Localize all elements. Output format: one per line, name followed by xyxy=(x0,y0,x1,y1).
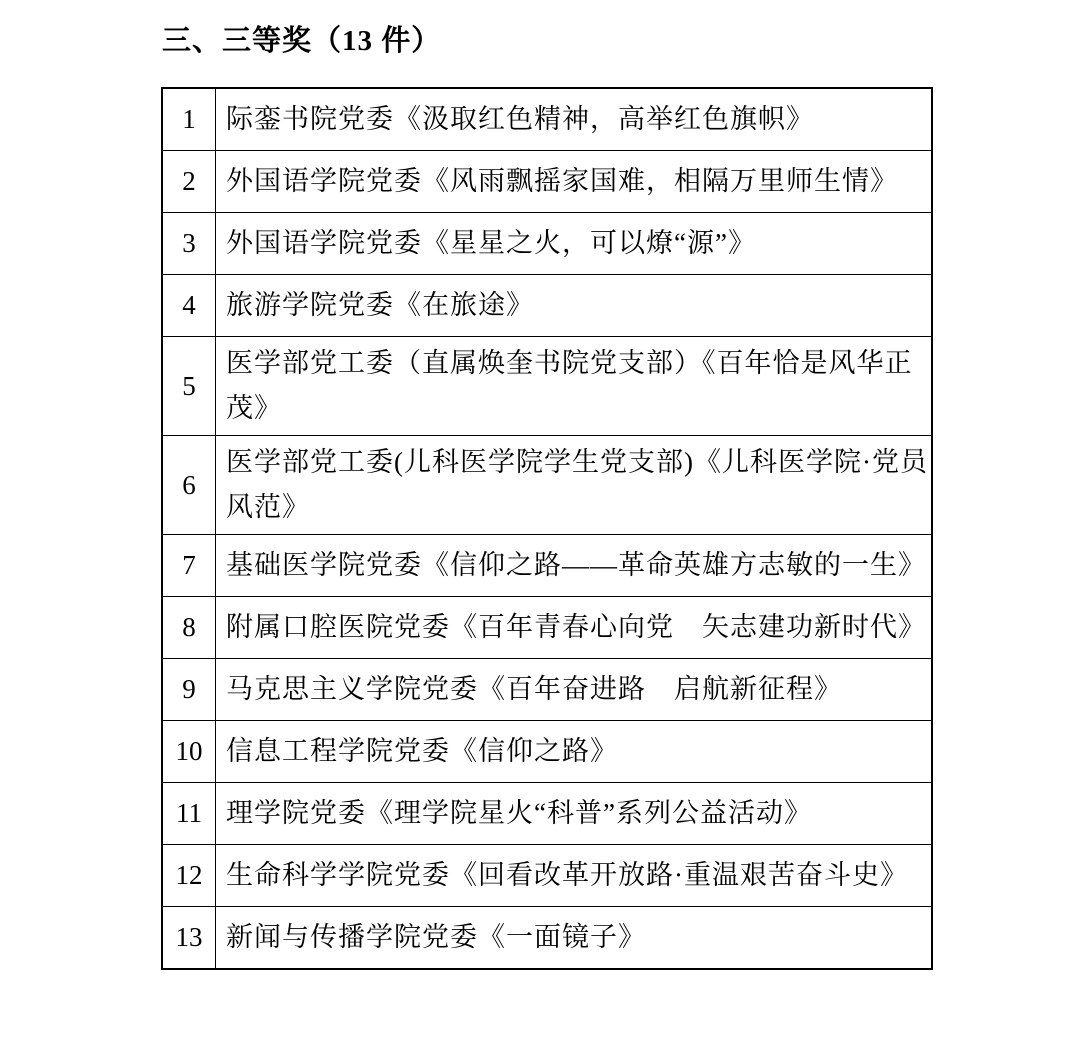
document-page: 三、三等奖（13 件） 1 际銮书院党委《汲取红色精神，高举红色旗帜》 2 外国… xyxy=(0,0,1080,1038)
row-number: 12 xyxy=(162,845,216,907)
row-entry: 外国语学院党委《星星之火，可以燎“源”》 xyxy=(216,213,933,275)
third-prize-table: 1 际銮书院党委《汲取红色精神，高举红色旗帜》 2 外国语学院党委《风雨飘摇家国… xyxy=(161,87,933,970)
row-entry: 基础医学院党委《信仰之路——革命英雄方志敏的一生》 xyxy=(216,535,933,597)
row-number: 1 xyxy=(162,88,216,151)
table-row: 13 新闻与传播学院党委《一面镜子》 xyxy=(162,907,932,970)
table-row: 10 信息工程学院党委《信仰之路》 xyxy=(162,721,932,783)
row-entry: 医学部党工委（直属焕奎书院党支部）《百年恰是风华正茂》 xyxy=(216,337,933,436)
table-row: 7 基础医学院党委《信仰之路——革命英雄方志敏的一生》 xyxy=(162,535,932,597)
row-entry: 信息工程学院党委《信仰之路》 xyxy=(216,721,933,783)
table-row: 9 马克思主义学院党委《百年奋进路 启航新征程》 xyxy=(162,659,932,721)
table-row: 11 理学院党委《理学院星火“科普”系列公益活动》 xyxy=(162,783,932,845)
row-number: 11 xyxy=(162,783,216,845)
table-row: 1 际銮书院党委《汲取红色精神，高举红色旗帜》 xyxy=(162,88,932,151)
row-entry: 际銮书院党委《汲取红色精神，高举红色旗帜》 xyxy=(216,88,933,151)
row-number: 5 xyxy=(162,337,216,436)
table-row: 2 外国语学院党委《风雨飘摇家国难，相隔万里师生情》 xyxy=(162,151,932,213)
row-number: 3 xyxy=(162,213,216,275)
row-number: 7 xyxy=(162,535,216,597)
section-heading: 三、三等奖（13 件） xyxy=(162,22,441,60)
row-entry: 马克思主义学院党委《百年奋进路 启航新征程》 xyxy=(216,659,933,721)
row-number: 9 xyxy=(162,659,216,721)
table-row: 12 生命科学学院党委《回看改革开放路·重温艰苦奋斗史》 xyxy=(162,845,932,907)
row-entry: 新闻与传播学院党委《一面镜子》 xyxy=(216,907,933,970)
table-row: 6 医学部党工委(儿科医学院学生党支部)《儿科医学院·党员风范》 xyxy=(162,436,932,535)
table-row: 3 外国语学院党委《星星之火，可以燎“源”》 xyxy=(162,213,932,275)
row-entry: 旅游学院党委《在旅途》 xyxy=(216,275,933,337)
row-entry: 理学院党委《理学院星火“科普”系列公益活动》 xyxy=(216,783,933,845)
row-number: 8 xyxy=(162,597,216,659)
row-number: 10 xyxy=(162,721,216,783)
row-entry: 外国语学院党委《风雨飘摇家国难，相隔万里师生情》 xyxy=(216,151,933,213)
row-number: 2 xyxy=(162,151,216,213)
row-entry: 医学部党工委(儿科医学院学生党支部)《儿科医学院·党员风范》 xyxy=(216,436,933,535)
table-row: 4 旅游学院党委《在旅途》 xyxy=(162,275,932,337)
table-row: 5 医学部党工委（直属焕奎书院党支部）《百年恰是风华正茂》 xyxy=(162,337,932,436)
row-number: 4 xyxy=(162,275,216,337)
row-number: 6 xyxy=(162,436,216,535)
row-number: 13 xyxy=(162,907,216,970)
row-entry: 附属口腔医院党委《百年青春心向党 矢志建功新时代》 xyxy=(216,597,933,659)
row-entry: 生命科学学院党委《回看改革开放路·重温艰苦奋斗史》 xyxy=(216,845,933,907)
table-row: 8 附属口腔医院党委《百年青春心向党 矢志建功新时代》 xyxy=(162,597,932,659)
